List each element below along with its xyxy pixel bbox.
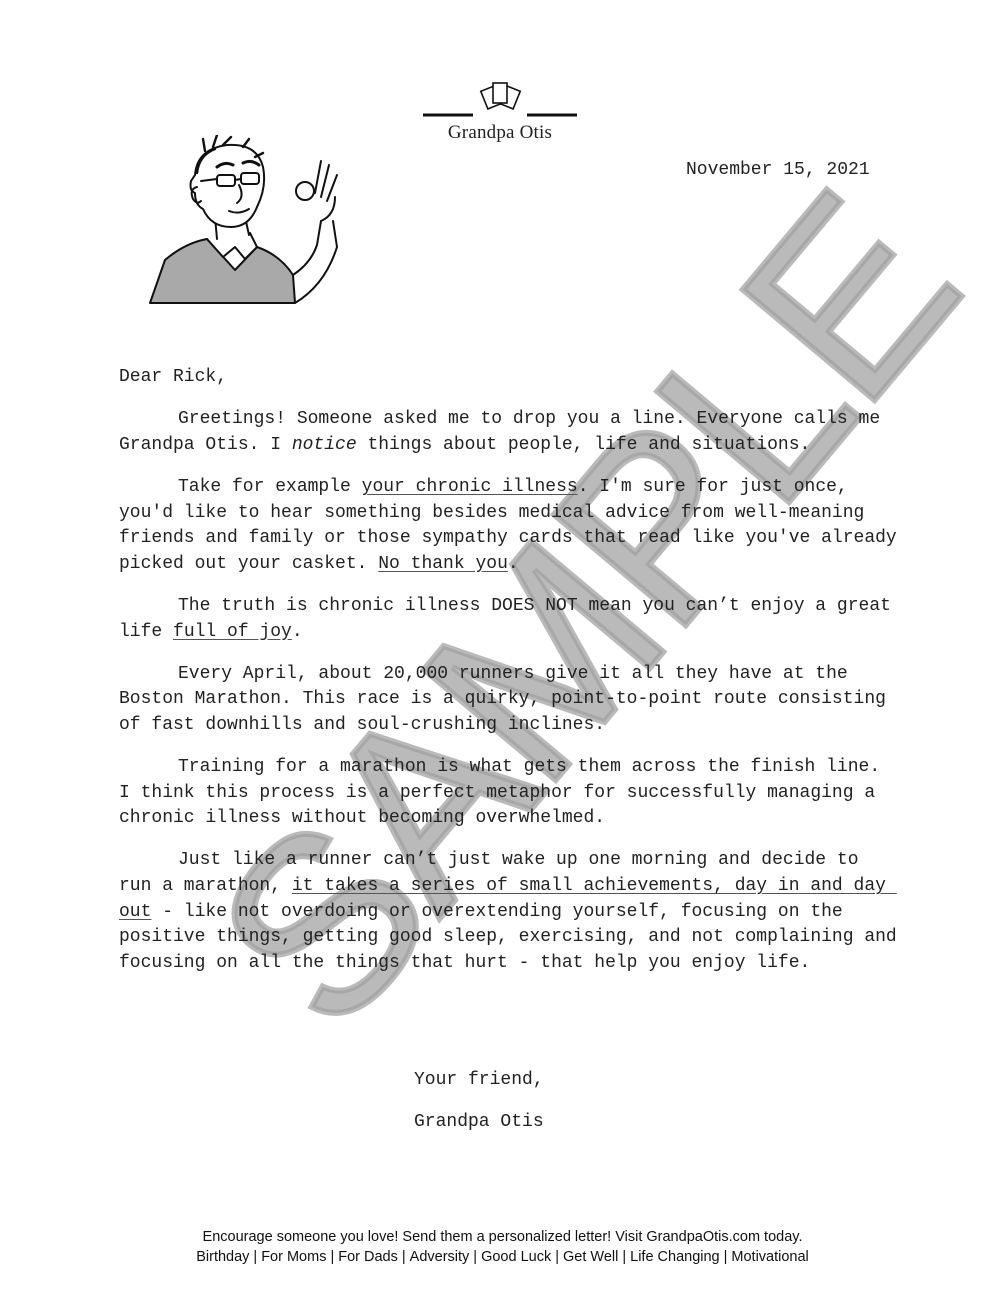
letter-paragraph: Training for a marathon is what gets the… — [119, 755, 899, 832]
letter-paragraph: Greetings! Someone asked me to drop you … — [119, 407, 899, 458]
letter-paragraphs: Greetings! Someone asked me to drop you … — [119, 407, 899, 976]
brand-name: Grandpa Otis — [400, 122, 600, 144]
footer-link-birthday[interactable]: Birthday — [196, 1249, 249, 1265]
footer-separator: | — [622, 1249, 626, 1265]
text-segment: Training for a marathon is what gets the… — [119, 757, 891, 828]
footer-separator: | — [473, 1249, 477, 1265]
footer-link-get-well[interactable]: Get Well — [563, 1249, 618, 1265]
text-segment: Take for example — [178, 477, 362, 497]
footer-separator: | — [555, 1249, 559, 1265]
footer-link-for-moms[interactable]: For Moms — [261, 1249, 326, 1265]
grandpa-otis-illustration — [145, 135, 355, 305]
footer-separator: | — [402, 1249, 406, 1265]
letter-paragraph: The truth is chronic illness DOES NOT me… — [119, 594, 899, 645]
closing: Your friend, — [414, 1070, 544, 1090]
letter-date: November 15, 2021 — [686, 160, 870, 180]
italic-phrase: notice — [292, 435, 357, 455]
underlined-phrase: full of joy — [173, 622, 292, 642]
text-segment: - like not overdoing or overextending yo… — [119, 902, 908, 973]
footer-link-for-dads[interactable]: For Dads — [338, 1249, 398, 1265]
letter-body: Dear Rick, Greetings! Someone asked me t… — [119, 365, 899, 993]
footer-separator: | — [253, 1249, 257, 1265]
footer-link-life-changing[interactable]: Life Changing — [630, 1249, 720, 1265]
footer-link-motivational[interactable]: Motivational — [731, 1249, 808, 1265]
footer-tagline: Encourage someone you love! Send them a … — [0, 1227, 1005, 1247]
footer-link-good-luck[interactable]: Good Luck — [481, 1249, 551, 1265]
underlined-phrase: your chronic illness — [362, 477, 578, 497]
footer-links: Birthday|For Moms|For Dads|Adversity|Goo… — [0, 1247, 1005, 1267]
text-segment: things about people, life and situations… — [357, 435, 811, 455]
letter-paragraph: Just like a runner can’t just wake up on… — [119, 848, 899, 976]
grandpa-illustration-icon — [145, 135, 355, 305]
footer-separator: | — [724, 1249, 728, 1265]
text-segment: . — [508, 554, 519, 574]
underlined-phrase: No thank you — [378, 554, 508, 574]
stacked-cards-icon — [420, 80, 580, 120]
footer-link-adversity[interactable]: Adversity — [410, 1249, 470, 1265]
letter-paragraph: Take for example your chronic illness. I… — [119, 475, 899, 577]
letter-paragraph: Every April, about 20,000 runners give i… — [119, 662, 899, 739]
footer: Encourage someone you love! Send them a … — [0, 1227, 1005, 1267]
signature: Grandpa Otis — [414, 1112, 544, 1132]
salutation: Dear Rick, — [119, 365, 899, 391]
text-segment: Every April, about 20,000 runners give i… — [119, 664, 897, 735]
footer-separator: | — [330, 1249, 334, 1265]
text-segment: . — [292, 622, 303, 642]
